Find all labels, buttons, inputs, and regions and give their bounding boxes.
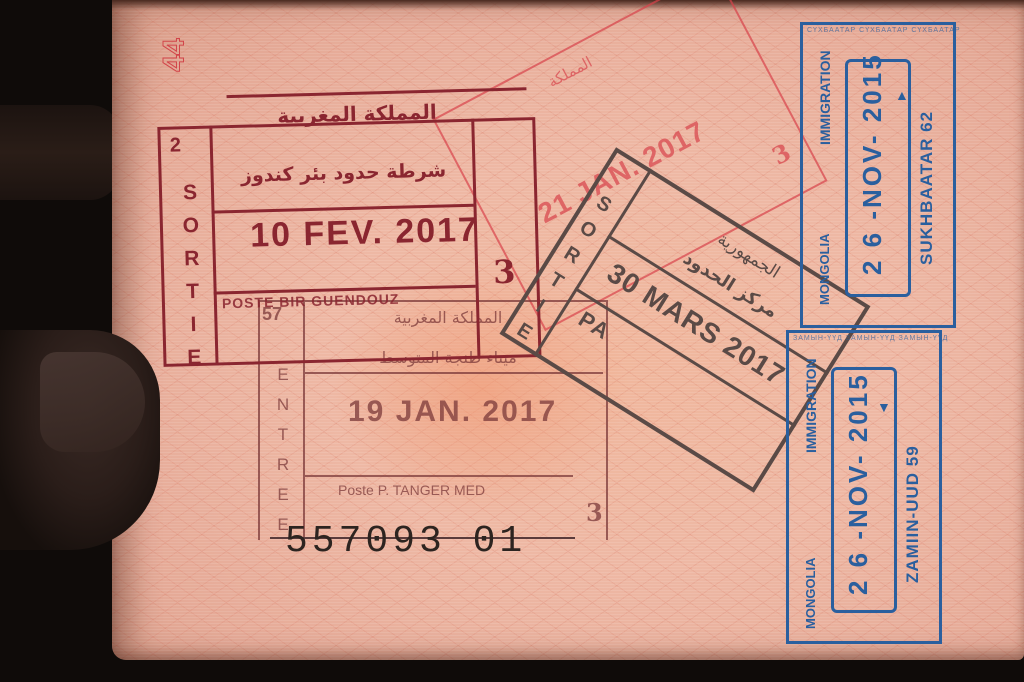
stamp-post: ZAMIIN-UUD 59 — [903, 445, 923, 583]
stamp-divider — [303, 372, 603, 374]
stamp-mongolia-zamiin-uud: ЗАМЫН-ҮҮД ЗАМЫН-ҮҮД ЗАМЫН-ҮҮД IMMIGRATIO… — [786, 330, 942, 644]
stamp-label: IMMIGRATION — [817, 50, 833, 145]
stamp-date: 10 FEV. 2017 — [250, 211, 480, 256]
page-edge — [112, 0, 1024, 10]
background-hand — [0, 105, 120, 200]
stamp-sortie-bir-guendouz: 2 SORTIE المملكة المغربية شرطة حدود بئر … — [157, 87, 542, 367]
stamp-date: 19 JAN. 2017 — [348, 395, 557, 429]
stamp-mongolia-sukhbaatar: СҮХБААТАР СҮХБААТАР СҮХБААТАР IMMIGRATIO… — [800, 22, 956, 328]
stamp-post: Poste P. TANGER MED — [338, 482, 485, 498]
stamp-label: IMMIGRATION — [803, 358, 819, 453]
stamp-divider — [303, 475, 573, 477]
stamp-post: SUKHBAATAR 62 — [917, 111, 937, 265]
stamp-direction-vertical: ENTREE — [276, 360, 290, 540]
thumbnail — [40, 352, 145, 452]
stamp-side-mark: 3 — [586, 498, 603, 527]
stamp-border-text: ЗАМЫН-ҮҮД ЗАМЫН-ҮҮД ЗАМЫН-ҮҮД — [793, 335, 948, 342]
stamp-number: 2 — [170, 134, 182, 157]
triangle-arrow-icon: ▲ — [895, 87, 909, 103]
stamp-date: 2 6 -NOV- 2015 — [843, 372, 874, 595]
triangle-arrow-icon: ▼ — [877, 399, 891, 415]
serial-number: 557093 01 — [285, 520, 526, 563]
page-number: 44 — [158, 38, 192, 71]
stamp-side-mark: 3 — [493, 253, 516, 292]
stamp-border-text: СҮХБААТАР СҮХБААТАР СҮХБААТАР — [807, 27, 961, 34]
stamp-country: MONGOLIA — [803, 558, 818, 630]
stamp-country: MONGOLIA — [817, 234, 832, 306]
stamp-date: 2 6 -NOV- 2015 — [857, 52, 888, 275]
